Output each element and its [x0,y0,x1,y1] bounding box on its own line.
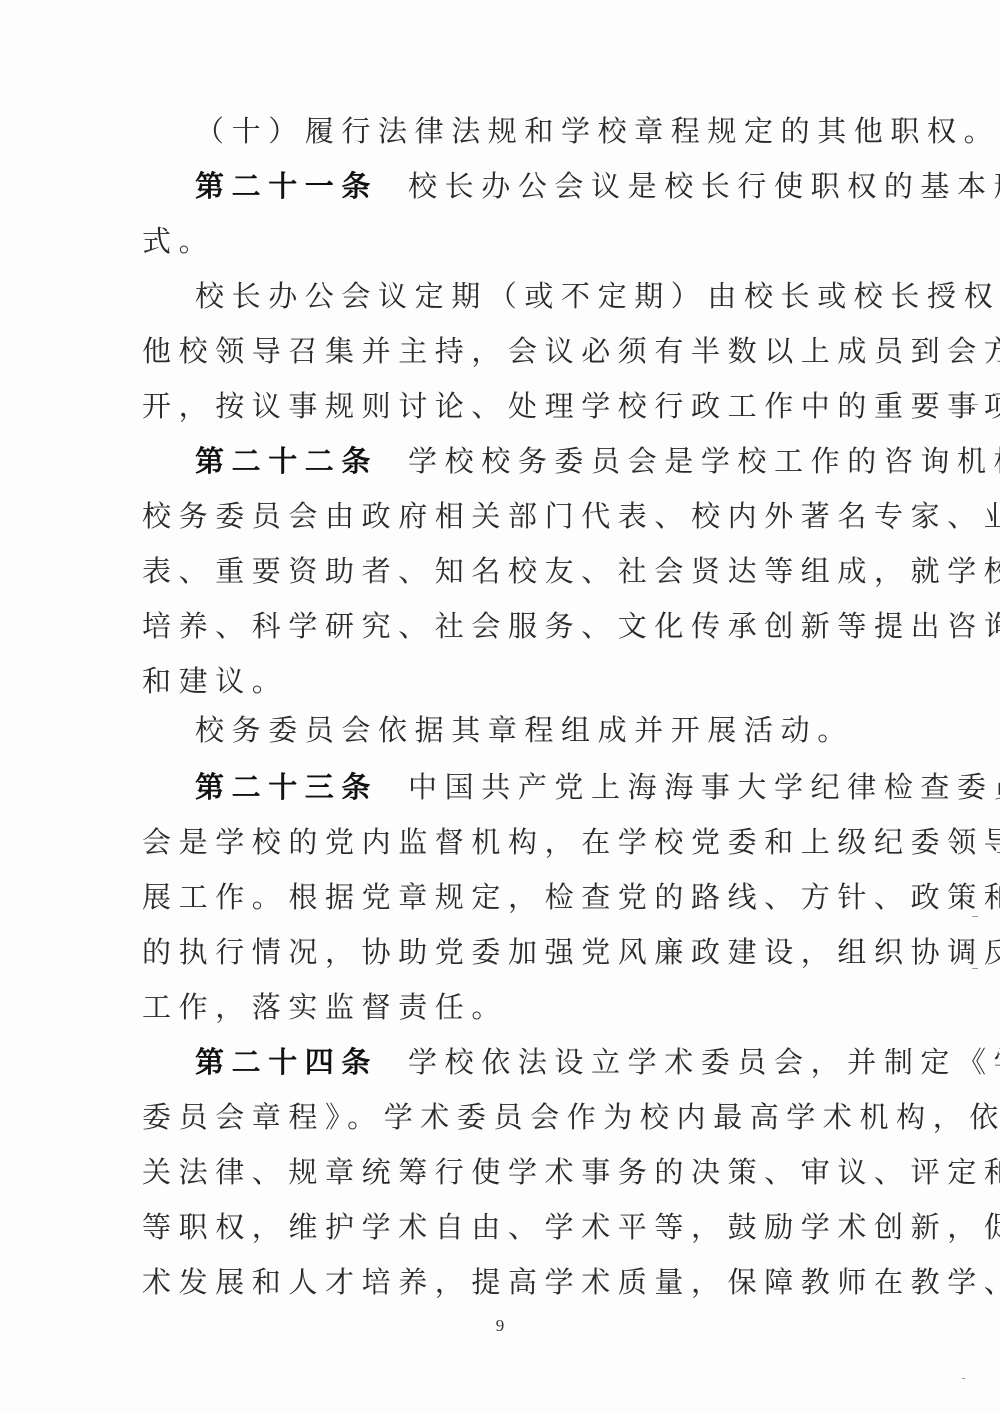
text-line: 校务委员会依据其章程组成并开展活动。 [195,711,895,749]
text-line: 术发展和人才培养，提高学术质量，保障教师在教学、科研 [142,1263,842,1301]
text-line: 开，按议事规则讨论、处理学校行政工作中的重要事项。 [142,387,842,425]
scan-mark [972,916,978,917]
article-heading: 第二十三条 [195,770,378,804]
scan-mark [972,404,978,405]
text-line: 第二十二条学校校务委员会是学校工作的咨询机构。 [195,442,895,480]
paragraph-text: 校务委员会依据其章程组成并开展活动。 [195,713,854,747]
paragraph-text: 展工作。根据党章规定，检查党的路线、方针、政策和决议 [142,880,1000,914]
paragraph-text: 学校依法设立学术委员会，并制定《学术 [408,1045,1000,1079]
text-line: 校务委员会由政府相关部门代表、校内外著名专家、业界代 [142,497,842,535]
text-line: 等职权，维护学术自由、学术平等，鼓励学术创新，促进学 [142,1208,842,1246]
paragraph-text: 工作，落实监督责任。 [142,990,508,1024]
paragraph-text: 委员会章程》。学术委员会作为校内最高学术机构，依照有 [142,1100,1000,1134]
paragraph-text: 表、重要资助者、知名校友、社会贤达等组成，就学校人才 [142,554,1000,588]
paragraph-text: 他校领导召集并主持，会议必须有半数以上成员到会方能召 [142,334,1000,368]
text-line: 表、重要资助者、知名校友、社会贤达等组成，就学校人才 [142,552,842,590]
paragraph-text: 校长办公会议定期（或不定期）由校长或校长授权的其 [195,279,1000,313]
paragraph-text: 的执行情况，协助党委加强党风廉政建设，组织协调反腐败 [142,935,1000,969]
paragraph-text: 等职权，维护学术自由、学术平等，鼓励学术创新，促进学 [142,1210,1000,1244]
paragraph-text: 学校校务委员会是学校工作的咨询机构。 [408,444,1000,478]
text-line: 第二十四条学校依法设立学术委员会，并制定《学术 [195,1043,895,1081]
scan-mark [972,968,978,969]
text-line: 他校领导召集并主持，会议必须有半数以上成员到会方能召 [142,332,842,370]
paragraph-text: 中国共产党上海海事大学纪律检查委员 [408,770,1000,804]
text-line: 第二十一条校长办公会议是校长行使职权的基本形 [195,167,895,205]
text-line: 的执行情况，协助党委加强党风廉政建设，组织协调反腐败 [142,933,842,971]
paragraph-text: 关法律、规章统筹行使学术事务的决策、审议、评定和咨询 [142,1155,1000,1189]
paragraph-text: 开，按议事规则讨论、处理学校行政工作中的重要事项。 [142,389,1000,423]
document-page: （十）履行法律法规和学校章程规定的其他职权。 第二十一条校长办公会议是校长行使职… [0,0,1000,1414]
text-line: 和建议。 [142,662,842,700]
scan-mark [962,1378,965,1379]
text-line: 第二十三条中国共产党上海海事大学纪律检查委员 [195,768,895,806]
text-line: 培养、科学研究、社会服务、文化传承创新等提出咨询意见 [142,607,842,645]
paragraph-text: 培养、科学研究、社会服务、文化传承创新等提出咨询意见 [142,609,1000,643]
text-line: 工作，落实监督责任。 [142,988,842,1026]
article-heading: 第二十四条 [195,1045,378,1079]
text-line: 关法律、规章统筹行使学术事务的决策、审议、评定和咨询 [142,1153,842,1191]
paragraph-text: 校长办公会议是校长行使职权的基本形 [408,169,1000,203]
paragraph-text: 和建议。 [142,664,288,698]
text-line: 式。 [142,222,842,260]
text-line: 校长办公会议定期（或不定期）由校长或校长授权的其 [195,277,895,315]
paragraph-text: 会是学校的党内监督机构，在学校党委和上级纪委领导下开 [142,825,1000,859]
text-line: （十）履行法律法规和学校章程规定的其他职权。 [195,112,895,150]
paragraph-text: 术发展和人才培养，提高学术质量，保障教师在教学、科研 [142,1265,1000,1299]
paragraph-text: 校务委员会由政府相关部门代表、校内外著名专家、业界代 [142,499,1000,533]
paragraph-text: （十）履行法律法规和学校章程规定的其他职权。 [195,114,1000,148]
page-number: 9 [480,1316,520,1336]
article-heading: 第二十二条 [195,444,378,478]
article-heading: 第二十一条 [195,169,378,203]
paragraph-text: 式。 [142,224,215,258]
text-line: 展工作。根据党章规定，检查党的路线、方针、政策和决议 [142,878,842,916]
text-line: 委员会章程》。学术委员会作为校内最高学术机构，依照有 [142,1098,842,1136]
text-line: 会是学校的党内监督机构，在学校党委和上级纪委领导下开 [142,823,842,861]
